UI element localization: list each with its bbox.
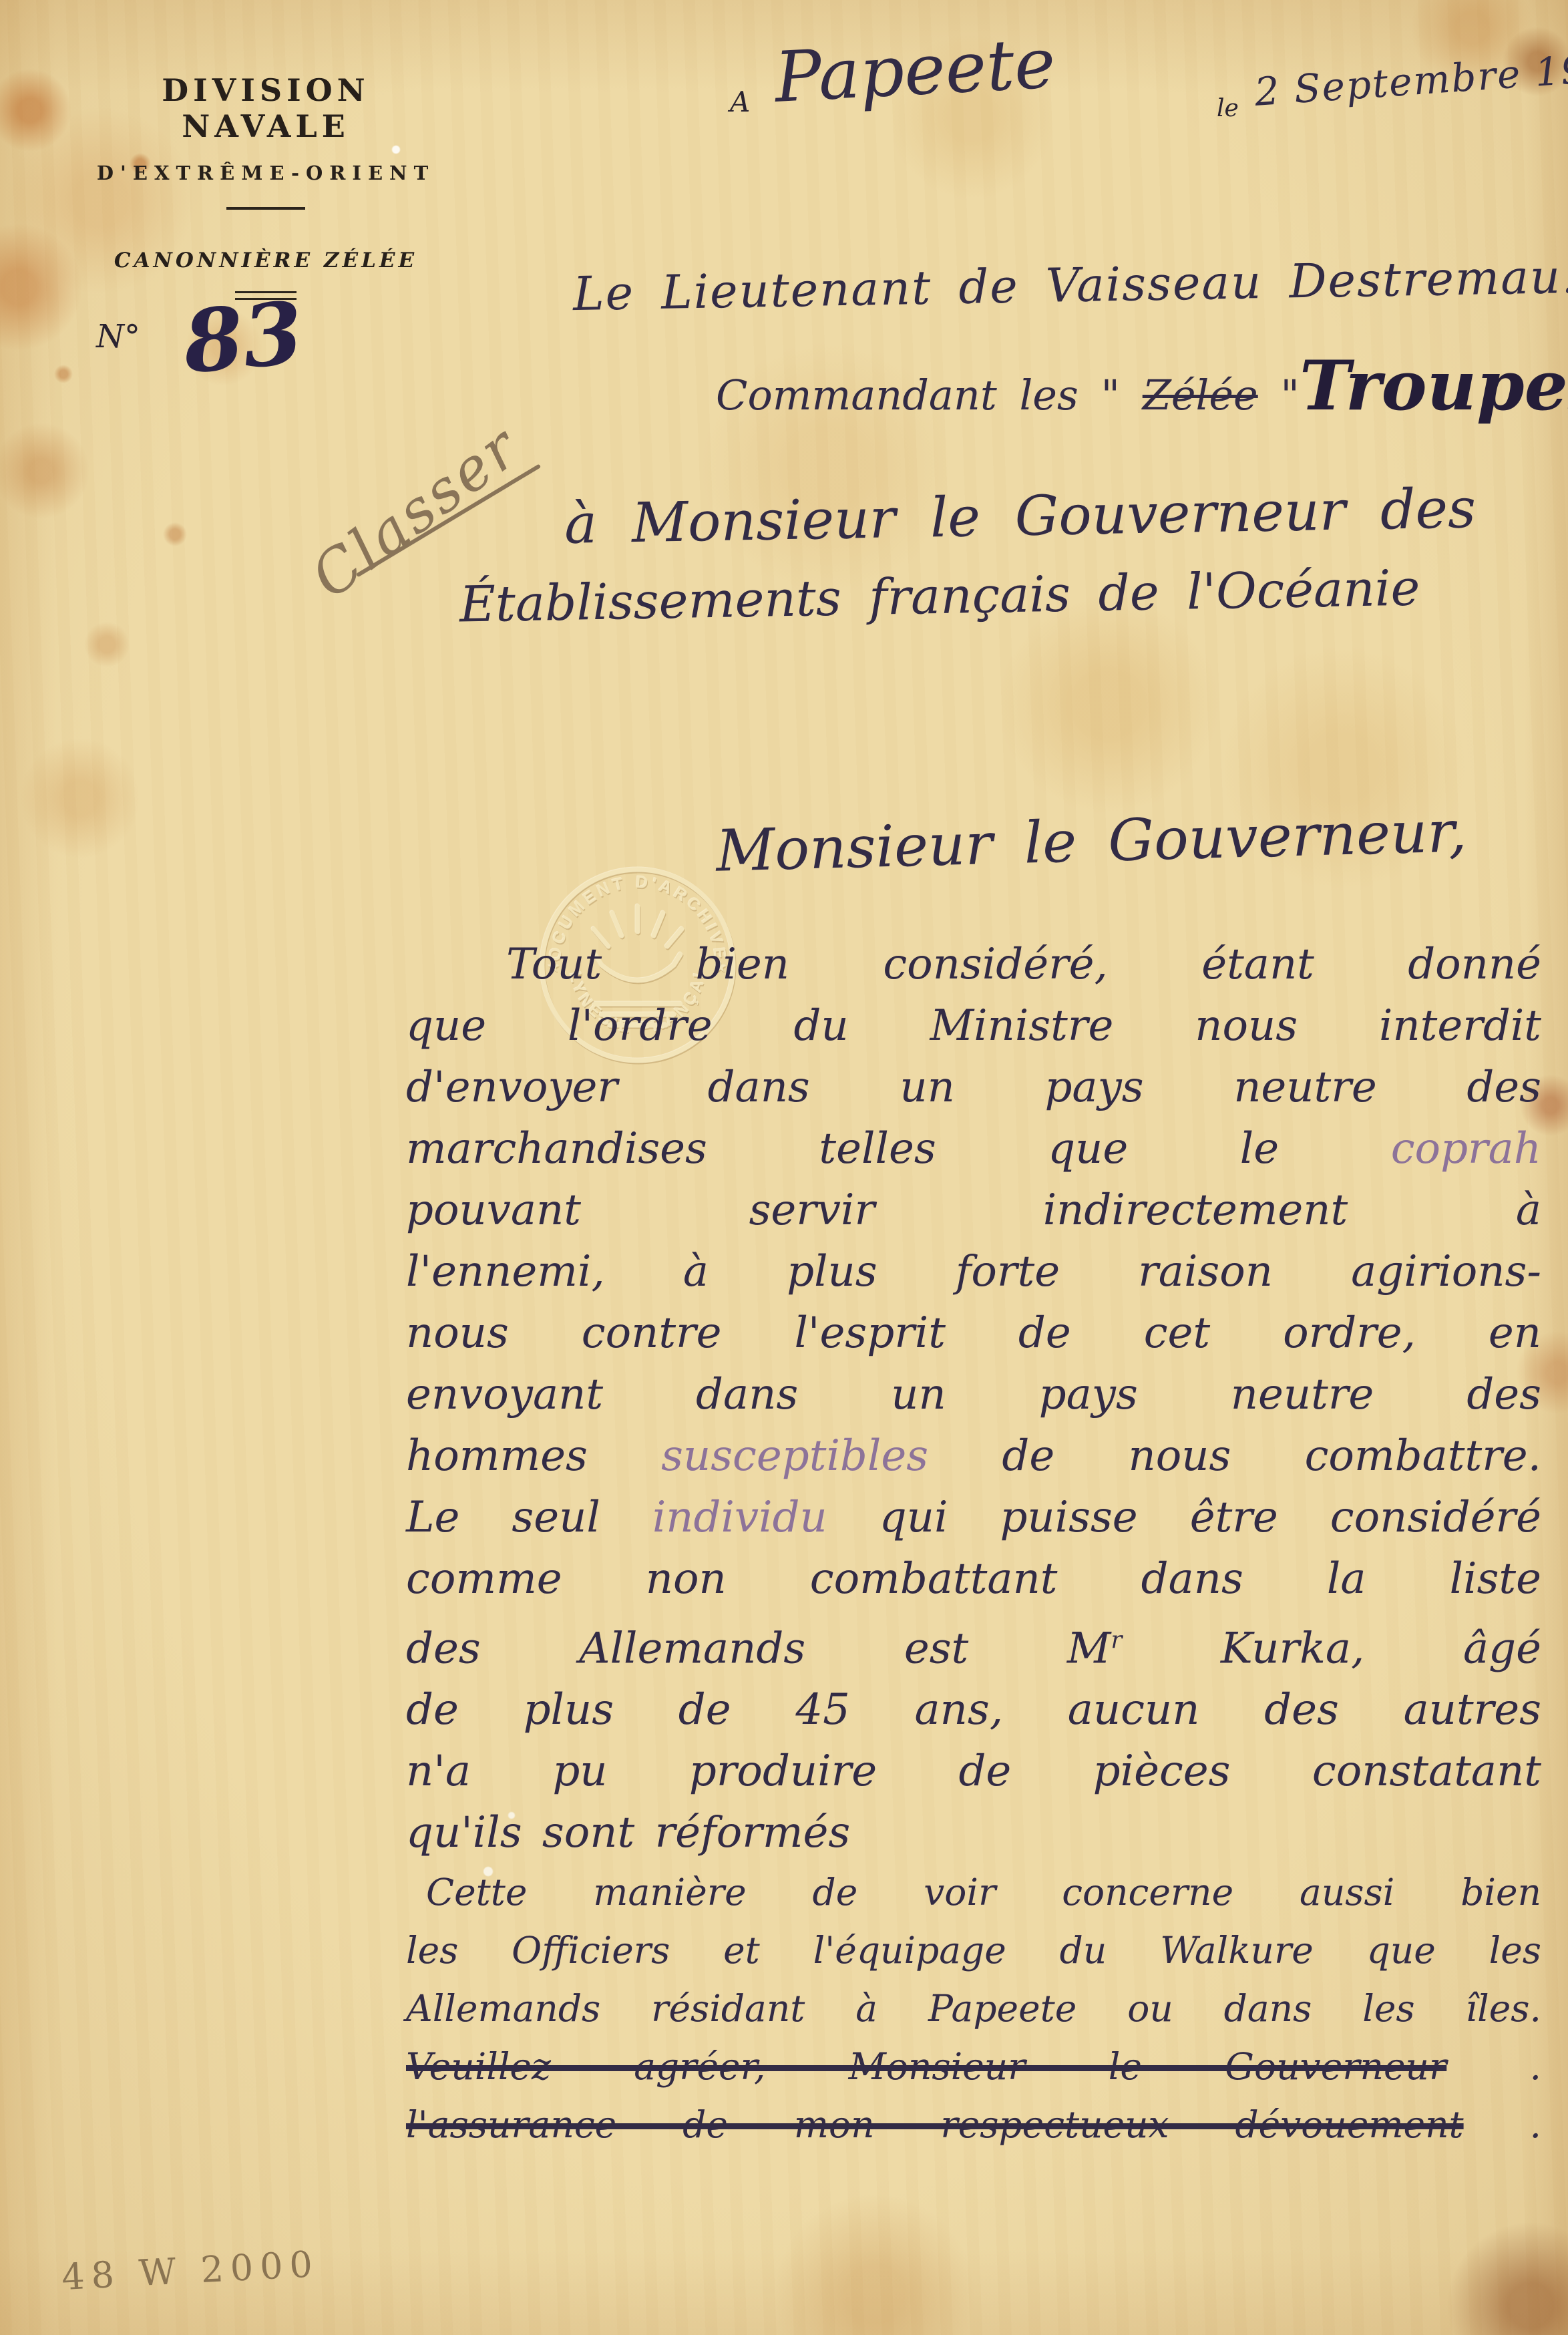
text-segment: de plus de 45 ans, aucun des autres (406, 1685, 1541, 1735)
letter-number: N° 83 (79, 304, 453, 372)
text-segment: Cette manière de voir concerne aussi bie… (426, 1871, 1541, 1914)
text-segment: l'assurance de mon respectueux dévouemen… (406, 2103, 1464, 2146)
dateline-le-label: le (1217, 95, 1239, 122)
body-line: des Allemands est Mr Kurka, âgé (406, 1610, 1541, 1679)
text-segment: marchandises telles que le (406, 1124, 1391, 1174)
body-line: Tout bien considéré, étant donné (406, 934, 1541, 995)
text-segment: comme non combattant dans la liste (406, 1554, 1541, 1604)
letterhead: DIVISION NAVALE D'EXTRÊME-ORIENT CANONNI… (79, 72, 453, 372)
body-line: marchandises telles que le coprah (406, 1118, 1541, 1180)
body-line: de plus de 45 ans, aucun des autres (406, 1679, 1541, 1741)
body-line: qu'ils sont réformés (406, 1802, 1541, 1863)
text-segment: individu (652, 1493, 827, 1542)
text-segment: Tout bien considéré, étant donné (506, 940, 1541, 989)
salutation: Monsieur le Gouverneur, (715, 798, 1468, 884)
text-segment: . (1464, 2103, 1541, 2146)
body-line: Allemands résidant à Papeete ou dans les… (406, 1980, 1541, 2038)
text-segment: " (1258, 371, 1300, 419)
body-line: que l'ordre du Ministre nous interdit (406, 995, 1541, 1057)
text-segment: Commandant les " (716, 371, 1143, 419)
text-segment: . (1446, 2045, 1541, 2088)
text-segment: susceptibles (661, 1431, 928, 1481)
text-segment: coprah (1391, 1124, 1541, 1174)
body-line: nous contre l'esprit de cet ordre, en (406, 1302, 1541, 1364)
text-segment: envoyant dans un pays neutre des (406, 1370, 1541, 1419)
body-line: Cette manière de voir concerne aussi bie… (406, 1863, 1541, 1922)
text-segment: les Officiers et l'équipage du Walkure q… (406, 1929, 1541, 1972)
dateline-date: 2 Septembre 1914 (1253, 43, 1568, 115)
text-segment: n'a pu produire de pièces constatant (406, 1747, 1541, 1796)
body-line: d'envoyer dans un pays neutre des (406, 1057, 1541, 1118)
text-segment: que l'ordre du Ministre nous interdit (406, 1001, 1541, 1051)
text-segment: pouvant servir indirectement à (406, 1186, 1541, 1235)
body-line: comme non combattant dans la liste (406, 1548, 1541, 1610)
dateline-place: Papeete (773, 22, 1057, 118)
body-line: les Officiers et l'équipage du Walkure q… (406, 1922, 1541, 1980)
sender-title-line: Le Lieutenant de Vaisseau Destremau. (572, 249, 1568, 321)
body-line: Veuillez agréer, Monsieur le Gouverneur … (406, 2038, 1541, 2096)
text-segment: qui puisse être considéré (827, 1493, 1541, 1542)
text-segment: qu'ils sont réformés (406, 1808, 850, 1857)
letterhead-rule (226, 207, 305, 210)
recipient-line1: à Monsieur le Gouverneur des (564, 477, 1477, 556)
letterhead-division: DIVISION NAVALE (79, 72, 453, 144)
text-segment: des Allemands est M (406, 1624, 1111, 1673)
body-line: pouvant servir indirectement à (406, 1180, 1541, 1241)
archive-reference-pencil: 48 W 2000 (61, 2243, 321, 2298)
body-line: envoyant dans un pays neutre des (406, 1364, 1541, 1425)
body-line: l'assurance de mon respectueux dévouemen… (406, 2096, 1541, 2154)
body-line: Le seul individu qui puisse être considé… (406, 1487, 1541, 1548)
text-segment: r (1111, 1626, 1122, 1654)
letterhead-vessel: CANONNIÈRE ZÉLÉE (79, 248, 453, 273)
text-segment: Kurka, âgé (1122, 1624, 1541, 1673)
dateline-at-label: A (730, 85, 750, 118)
text-segment: Zélée (1143, 371, 1258, 419)
letter-number-label: N° (96, 318, 140, 355)
letter-number-value: 83 (181, 299, 305, 377)
letter-body: Tout bien considéré, étant donnéque l'or… (406, 934, 1541, 2154)
text-segment: d'envoyer dans un pays neutre des (406, 1063, 1541, 1112)
text-segment: Troupes" (1300, 346, 1568, 426)
recipient-line2: Établissements français de l'Océanie (459, 559, 1420, 633)
letter-document: DIVISION NAVALE D'EXTRÊME-ORIENT CANONNI… (0, 0, 1568, 2335)
text-segment: l'ennemi, à plus forte raison agirions- (406, 1247, 1541, 1296)
body-line: hommes susceptibles de nous combattre. (406, 1425, 1541, 1487)
text-segment: nous contre l'esprit de cet ordre, en (406, 1308, 1541, 1358)
body-line: n'a pu produire de pièces constatant (406, 1741, 1541, 1802)
text-segment: Le seul (406, 1493, 652, 1542)
text-segment: hommes (406, 1431, 661, 1481)
body-line: l'ennemi, à plus forte raison agirions- (406, 1241, 1541, 1302)
sender-command-line: Commandant les " Zélée "Troupes" (716, 346, 1568, 426)
text-segment: Allemands résidant à Papeete ou dans les… (406, 1987, 1541, 2030)
text-segment: Veuillez agréer, Monsieur le Gouverneur (406, 2045, 1446, 2088)
text-segment: de nous combattre. (928, 1431, 1541, 1481)
letterhead-subdivision: D'EXTRÊME-ORIENT (79, 162, 453, 184)
